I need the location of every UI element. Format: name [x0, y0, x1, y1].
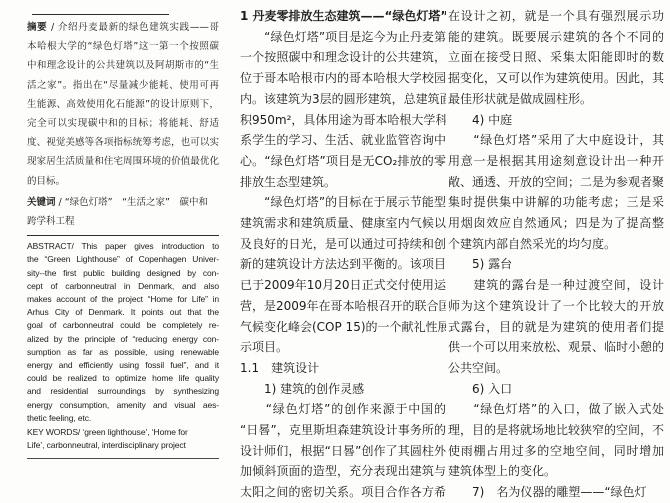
bottom-rule — [27, 458, 219, 459]
article-right: 在设计之初，就是一个具有强烈展示功能的建筑。既要展示建筑的各个不同的立面在接受日… — [448, 6, 664, 503]
text-line: 能的建筑。既要展示建筑的各个不同的 — [448, 27, 664, 48]
text-line: 跨学科工程 — [27, 212, 219, 231]
text-line: 个建筑内部自然采光的均匀度。 — [448, 234, 664, 255]
text-line: 排放生态型建筑。 — [240, 172, 446, 193]
article-middle: 1 丹麦零排放生态建筑——“绿色灯塔” “绿色灯塔”项目是迄今为止丹麦第一个按照… — [240, 6, 446, 503]
text-line: 摘要 / 介绍丹麦最新的绿色建筑实践——哥 — [27, 18, 219, 37]
text-line: 集时提供集中讲解的功能考虑；三是采 — [448, 192, 664, 213]
text-line: 设计师们，根据“日晷”创作了其圆柱外 — [240, 441, 446, 462]
text-line: 示项目。 — [240, 337, 446, 358]
text-line: 敞、通透、开放的空间；二是为参观者聚 — [448, 172, 664, 193]
divider-rule — [27, 235, 219, 236]
text-line: Life’, carbonneutral, interdisciplinary … — [27, 439, 219, 452]
text-line: “绿色灯塔”采用了大中庭设计，其 — [448, 130, 664, 151]
journal-page: 摘要 / 介绍丹麦最新的绿色建筑实践——哥本哈根大学的“绿色灯塔”这一第一个按照… — [0, 0, 670, 503]
text-line: 完全可以实现碳中和的目标；将能耗、舒适 — [27, 114, 219, 133]
text-line: 公共空间。 — [448, 358, 664, 379]
text-line: 新的建筑设计方法达到平衡的。该项目 — [240, 254, 446, 275]
text-line: “绿色灯塔”的创作来源于中国的 — [240, 399, 446, 420]
text-line: 度、视觉美感等各项指标统筹考虑，也可以实 — [27, 133, 219, 152]
text-line: 加倾斜顶面的造型，充分表现出建筑与 — [240, 461, 446, 482]
text-line: 内。该建筑为3层的圆形建筑，总建筑面 — [240, 89, 446, 110]
text-line: “绿色灯塔”的入口，做了嵌入式处 — [448, 399, 664, 420]
text-line: 7) 名为仪器的雕塑——“绿色灯 — [448, 482, 664, 503]
text-line: 位于哥本哈根市内的哥本哈根大学校园 — [240, 68, 446, 89]
text-line: 据变化，又可以作为建筑使用。因此，其 — [448, 68, 664, 89]
text-line: “绿色灯塔”项目是迄今为止丹麦第 — [240, 27, 446, 48]
text-line: 1) 建筑的创作灵感 — [240, 379, 446, 400]
label-text: / “绿色灯塔” “生活之家” 碳中和 — [56, 197, 208, 208]
text-line: 用意一是根据其用途刻意设计出一种开 — [448, 151, 664, 172]
text-line: ABSTRACT/ This paper gives introduction … — [27, 240, 219, 253]
text-line: KEY WORDS/ ‘green lighthouse’, ‘Home for — [27, 426, 219, 439]
text-line: 理，目的是将就场地比较狭窄的空间，不 — [448, 420, 664, 441]
text-line: could be realized to optimize home life … — [27, 372, 219, 385]
keywords-en: KEY WORDS/ ‘green lighthouse’, ‘Home for… — [27, 426, 219, 452]
text-line: 建筑需求和建筑质量、健康室内气候以 — [240, 213, 446, 234]
text-line: 一个按照碳中和理念设计的公共建筑， — [240, 47, 446, 68]
text-line: 用烟囱效应自然通风；四是为了提高整 — [448, 213, 664, 234]
text-line: cept of carbonneutral in Denmark, and al… — [27, 280, 219, 293]
text-line: 太阳之间的密切关系。项目合作各方希 — [240, 482, 446, 503]
text-line: 现家居生活质量和住宅周围环境的价值最优化 — [27, 152, 219, 171]
text-line: 最佳形状就是做成圆柱形。 — [448, 89, 664, 110]
label-bold: 摘要 — [27, 22, 47, 33]
keywords-cn: 关键词 / “绿色灯塔” “生活之家” 碳中和跨学科工程 — [27, 193, 219, 231]
text-line: 5) 露台 — [448, 254, 664, 275]
left-column-abstract: 摘要 / 介绍丹麦最新的绿色建筑实践——哥本哈根大学的“绿色灯塔”这一第一个按照… — [27, 0, 219, 503]
text-line: 活之家”。指出在“尽量减少能耗、使用可再 — [27, 76, 219, 95]
middle-column-article: 1 丹麦零排放生态建筑——“绿色灯塔” “绿色灯塔”项目是迄今为止丹麦第一个按照… — [240, 0, 446, 503]
abstract-cn: 摘要 / 介绍丹麦最新的绿色建筑实践——哥本哈根大学的“绿色灯塔”这一第一个按照… — [27, 18, 219, 191]
text-line: Arhus City of Denmark. It points out tha… — [27, 306, 219, 319]
text-line: the “Green Lighthouse” of Copenhagen Uni… — [27, 253, 219, 266]
text-line: 的目标。 — [27, 172, 219, 191]
text-line: makes account of the project “Home for L… — [27, 293, 219, 306]
label-bold: 关键词 — [27, 197, 56, 208]
text-line: 建筑的露台是一种过渡空间，设计 — [448, 275, 664, 296]
text-line: 立面在接受日照、采集太阳能即时的数 — [448, 47, 664, 68]
text-line: 本哈根大学的“绿色灯塔”这一第一个按照碳 — [27, 37, 219, 56]
text-line: 建筑体型上的变化。 — [448, 461, 664, 482]
text-line: goal of carbonneutral could be completel… — [27, 319, 219, 332]
text-line: 营，是2009年在哥本哈根召开的联合国 — [240, 296, 446, 317]
text-line: thetic feeling, etc. — [27, 412, 219, 425]
text-line: 心。“绿色灯塔”项目是无CO₂排放的零 — [240, 151, 446, 172]
text-line: 使雨棚占用过多的空地空间，同时增加 — [448, 441, 664, 462]
label-text: / 介绍丹麦最新的绿色建筑实践——哥 — [47, 22, 219, 33]
text-line: 及良好的日光，是可以通过可持续和创 — [240, 234, 446, 255]
text-line: 在设计之初，就是一个具有强烈展示功 — [448, 6, 664, 27]
section-heading: 1 丹麦零排放生态建筑——“绿色灯塔” — [240, 6, 446, 27]
text-line: 生能源、高效使用化石能源”的设计原则下， — [27, 95, 219, 114]
text-line: and residential surroundings by synthesi… — [27, 385, 219, 398]
text-line: alized by the principle of “reducing ene… — [27, 333, 219, 346]
text-line: 供一个可以用来放松、观景、临时小憩的 — [448, 337, 664, 358]
text-line: 4) 中庭 — [448, 110, 664, 131]
text-line: 6) 入口 — [448, 379, 664, 400]
text-line: 积950m²，具体用途为哥本哈根大学科学 — [240, 110, 446, 131]
text-line: 已于2009年10月20日正式交付使用运 — [240, 275, 446, 296]
text-line: 师为这个建筑设计了一个比较大的开放 — [448, 296, 664, 317]
text-line: “绿色灯塔”的目标在于展示节能型 — [240, 192, 446, 213]
right-column-article: 在设计之初，就是一个具有强烈展示功能的建筑。既要展示建筑的各个不同的立面在接受日… — [448, 0, 664, 503]
text-line: 系学生的学习、生活、就业监管咨询中 — [240, 130, 446, 151]
text-line: energy consumption, amenity and visual a… — [27, 399, 219, 412]
text-line: 中和理念设计的公共建筑以及阿胡斯市的“生 — [27, 56, 219, 75]
text-line: 气候变化峰会(COP 15)的一个献礼性展 — [240, 317, 446, 338]
abstract-en: ABSTRACT/ This paper gives introduction … — [27, 240, 219, 425]
text-line: 1.1 建筑设计 — [240, 358, 446, 379]
text-line: sumption as far as possible, using renew… — [27, 346, 219, 359]
text-line: 关键词 / “绿色灯塔” “生活之家” 碳中和 — [27, 193, 219, 212]
text-line: 式露台，目的就是为建筑的使用者们提 — [448, 317, 664, 338]
text-line: energy and efficiently using fossil fuel… — [27, 359, 219, 372]
top-rule — [32, 14, 169, 15]
text-line: sity--the first public building designed… — [27, 267, 219, 280]
text-line: “日晷”，克里斯坦森建筑设计事务所的 — [240, 420, 446, 441]
